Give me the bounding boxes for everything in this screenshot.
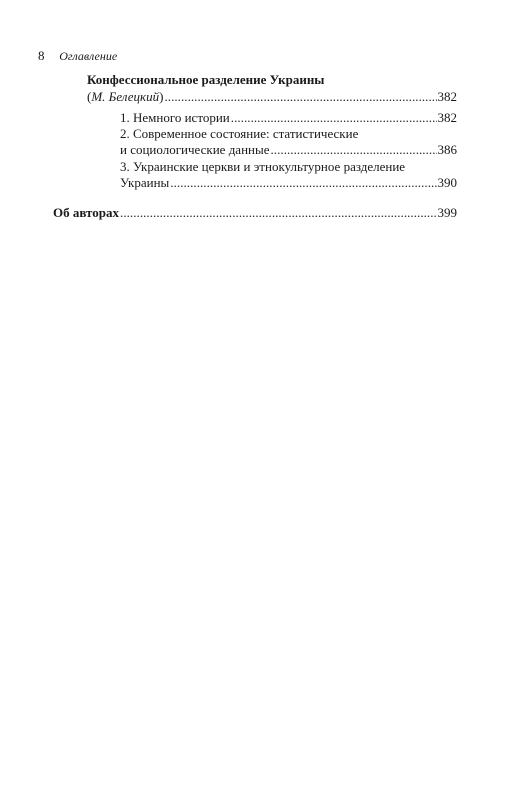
leader-dots [231, 110, 437, 126]
page-number: 8 [38, 48, 56, 64]
page-ref: 399 [438, 205, 458, 221]
toc-entry-about-authors[interactable]: Об авторах 399 [53, 205, 457, 221]
chapter-author: (М. Белецкий) [87, 89, 163, 105]
section-2-label-line1: 2. Современное состояние: статистические [120, 126, 358, 142]
running-title: Оглавление [59, 49, 117, 63]
section-label: и социологические данные [120, 142, 270, 158]
section-label: Украины [120, 175, 169, 191]
toc-entry-section-2[interactable]: и социологические данные 386 [120, 142, 457, 158]
page-ref: 382 [438, 110, 458, 126]
running-header: 8 Оглавление [38, 48, 117, 64]
toc-entry-chapter[interactable]: (М. Белецкий) 382 [87, 89, 457, 105]
toc-entry-section-1[interactable]: 1. Немного истории 382 [120, 110, 457, 126]
page-ref: 390 [438, 175, 458, 191]
toc-entry-section-3[interactable]: Украины 390 [120, 175, 457, 191]
section-label: 1. Немного истории [120, 110, 230, 126]
page-ref: 382 [438, 89, 458, 105]
leader-dots [120, 205, 436, 221]
leader-dots [164, 89, 436, 105]
chapter-title: Конфессиональное разделение Украины [87, 72, 324, 88]
leader-dots [170, 175, 436, 191]
page-ref: 386 [438, 142, 458, 158]
section-3-label-line1: 3. Украинские церкви и этнокультурное ра… [120, 159, 405, 175]
about-authors-title: Об авторах [53, 205, 119, 221]
leader-dots [271, 142, 437, 158]
